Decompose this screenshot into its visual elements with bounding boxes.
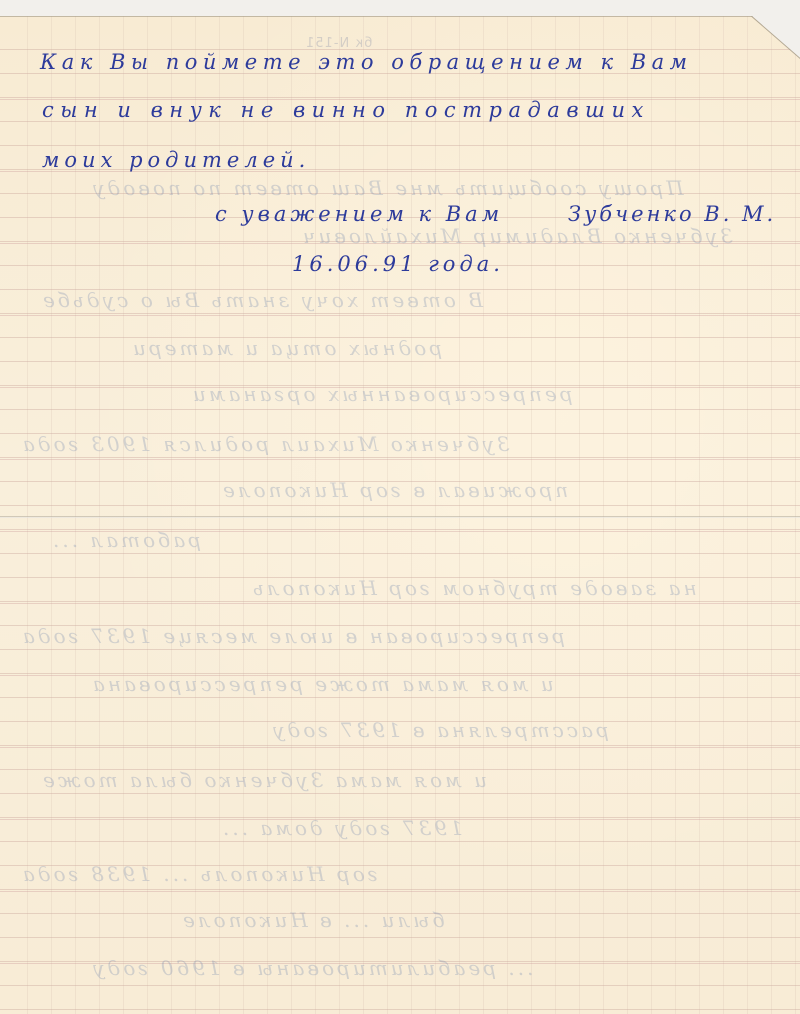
signature: Зубченко В. М. xyxy=(568,202,776,226)
bleed-line: гор Никополь ... 1938 года xyxy=(20,862,378,886)
bleed-line: и моя мама Зубченко была тоже xyxy=(40,768,487,792)
letter-line-1: Как Вы поймете это обращением к Вам xyxy=(40,50,693,74)
bleed-line: ... реабилитированы в 1960 году xyxy=(90,956,533,980)
bleed-line: расстреляна в 1937 году xyxy=(270,718,609,742)
closing-line: с уважением к Вам xyxy=(215,202,503,226)
bleed-line: проживал в гор Никополе xyxy=(220,478,568,502)
bleed-line: были ... в Никополе xyxy=(180,908,445,932)
bleed-line: родных отца и матери xyxy=(130,336,442,360)
fold-crease xyxy=(0,516,800,518)
bleed-line: репрессирован в июле месяце 1937 года xyxy=(20,624,565,648)
notebook-page: бк N-151 Прошу сообщить мне Ваш ответ по… xyxy=(0,16,800,1014)
letter-line-2: сын и внук не винно пострадавших xyxy=(42,98,650,122)
bleed-line: Прошу сообщить мне Ваш ответ по поводу xyxy=(90,176,684,200)
bleed-line: В ответ хочу знать Вы о судьбе xyxy=(40,288,483,312)
paper-top-edge xyxy=(0,16,760,17)
letter-line-3: моих родителей. xyxy=(42,148,310,172)
letter-date: 16.06.91 года. xyxy=(292,252,504,276)
bleed-line: 1937 году дома ... xyxy=(220,816,463,840)
bleed-line: работал ... xyxy=(50,528,201,552)
bleed-line: репрессированных органами xyxy=(190,382,573,406)
archive-mark: бк N-151 xyxy=(305,36,372,51)
scanned-document: бк N-151 Прошу сообщить мне Ваш ответ по… xyxy=(0,0,800,1014)
bleed-line: Зубченко Михаил родился 1903 года xyxy=(20,432,510,456)
bleed-line: на заводе трубном гор Никополь xyxy=(250,576,697,600)
bleed-line: Зубченко Владимир Михайлович xyxy=(300,224,733,248)
bleed-line: и моя мама тоже репрессирована xyxy=(90,672,554,696)
